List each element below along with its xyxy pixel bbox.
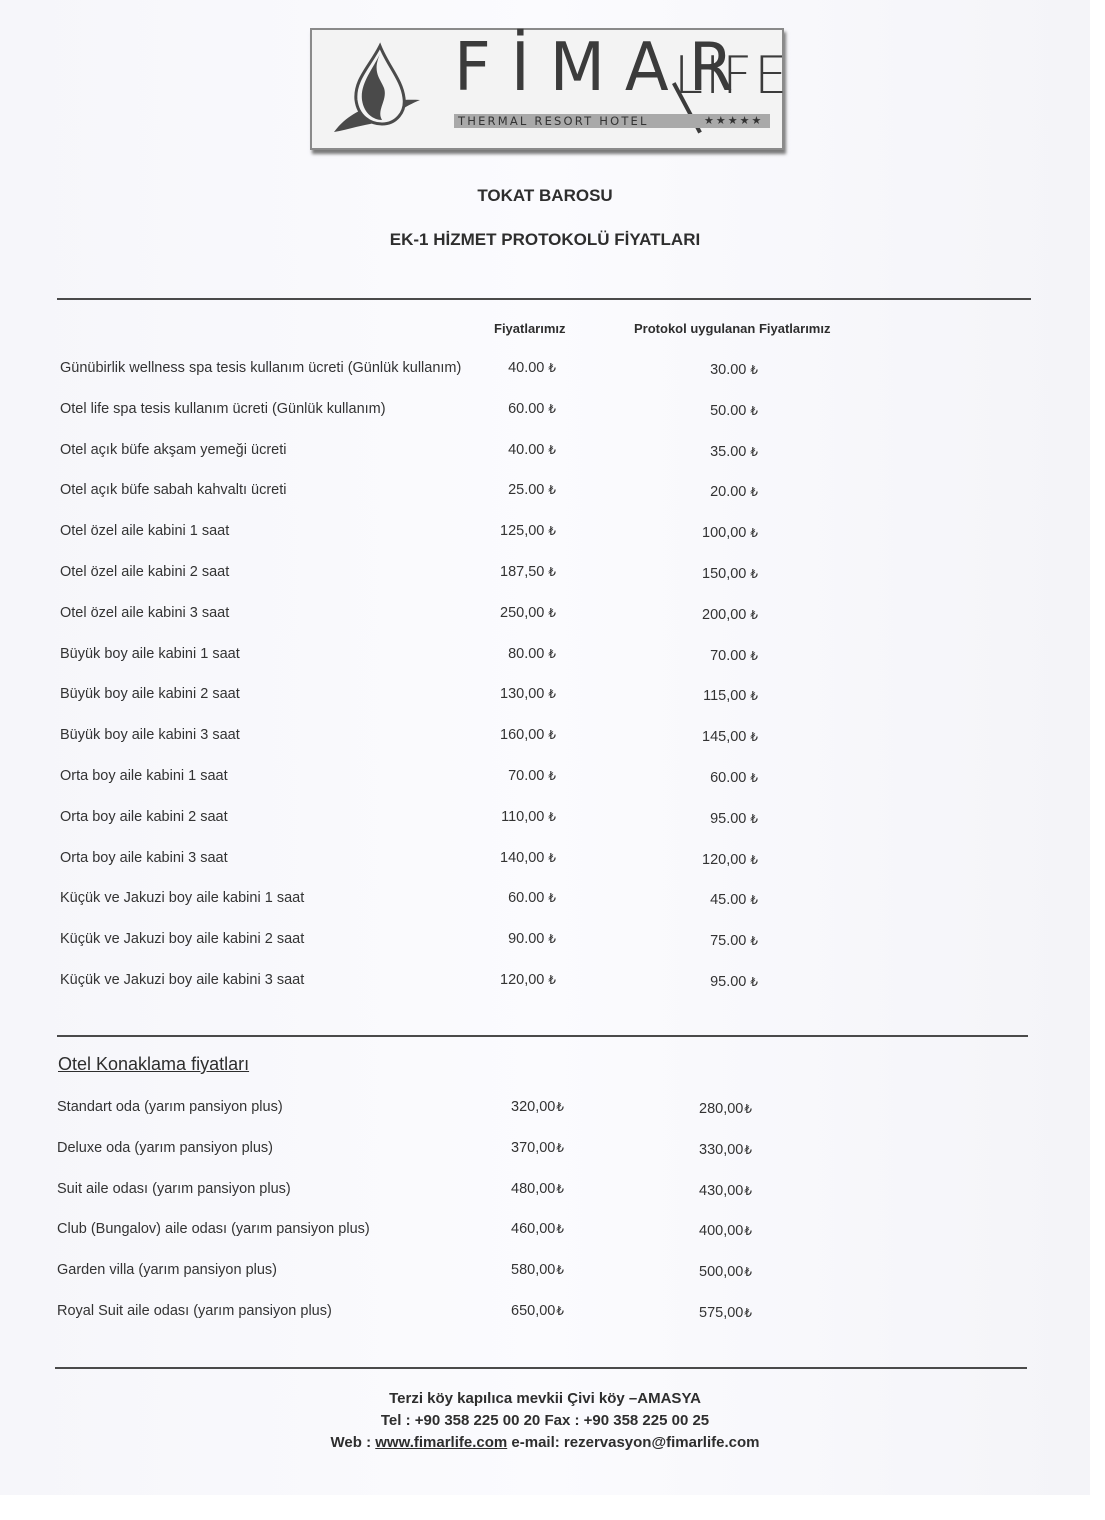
footer-web-label: Web :: [331, 1434, 376, 1451]
service-price: 25.00₺: [508, 482, 556, 498]
room-price: 480,00₺: [511, 1181, 564, 1197]
service-protocol-price: 145,00₺: [702, 729, 758, 745]
room-type-label: Royal Suit aile odası (yarım pansiyon pl…: [57, 1303, 332, 1319]
service-protocol-price: 95.00₺: [710, 974, 758, 990]
room-protocol-price: 575,00₺: [699, 1305, 752, 1321]
service-row: Küçük ve Jakuzi boy aile kabini 1 saat60…: [0, 890, 1090, 910]
lira-icon: ₺: [548, 687, 556, 701]
lira-icon: ₺: [750, 689, 758, 703]
accommodation-row: Deluxe oda (yarım pansiyon plus)370,00₺3…: [0, 1140, 1090, 1160]
service-protocol-price: 100,00₺: [702, 525, 758, 541]
service-row: Otel life spa tesis kullanım ücreti (Gün…: [0, 401, 1090, 421]
lira-icon: ₺: [744, 1184, 752, 1198]
document-title: TOKAT BAROSU: [0, 186, 1090, 206]
lira-icon: ₺: [750, 853, 758, 867]
service-price: 187,50₺: [500, 564, 556, 580]
service-price: 60.00₺: [508, 890, 556, 906]
service-row: Büyük boy aile kabini 2 saat130,00₺115,0…: [0, 686, 1090, 706]
lira-icon: ₺: [750, 812, 758, 826]
accommodation-row: Club (Bungalov) aile odası (yarım pansiy…: [0, 1221, 1090, 1241]
lira-icon: ₺: [548, 361, 556, 375]
service-price: 110,00₺: [501, 809, 556, 825]
footer-email: e-mail: rezervasyon@fimarlife.com: [507, 1434, 759, 1451]
service-row: Küçük ve Jakuzi boy aile kabini 2 saat90…: [0, 931, 1090, 951]
lira-icon: ₺: [750, 526, 758, 540]
room-protocol-price: 430,00₺: [699, 1183, 752, 1199]
service-row: Orta boy aile kabini 3 saat140,00₺120,00…: [0, 850, 1090, 870]
lira-icon: ₺: [548, 891, 556, 905]
service-protocol-price: 50.00₺: [710, 403, 758, 419]
service-label: Otel açık büfe akşam yemeği ücreti: [60, 442, 286, 458]
room-type-label: Deluxe oda (yarım pansiyon plus): [57, 1140, 273, 1156]
service-label: Küçük ve Jakuzi boy aile kabini 2 saat: [60, 931, 304, 947]
lira-icon: ₺: [750, 363, 758, 377]
service-price: 70.00₺: [508, 768, 556, 784]
lira-icon: ₺: [548, 565, 556, 579]
logo-brand-suffix: LIFE: [674, 50, 789, 102]
room-price: 320,00₺: [511, 1099, 564, 1115]
service-row: Otel açık büfe sabah kahvaltı ücreti25.0…: [0, 482, 1090, 502]
service-price: 250,00₺: [500, 605, 556, 621]
service-row: Otel özel aile kabini 2 saat187,50₺150,0…: [0, 564, 1090, 584]
document-page: FİMAR LIFE THERMAL RESORT HOTEL ★★★★★ TO…: [0, 0, 1090, 1495]
service-protocol-price: 35.00₺: [710, 444, 758, 460]
website-link[interactable]: www.fimarlife.com: [375, 1434, 507, 1451]
lira-icon: ₺: [750, 608, 758, 622]
lira-icon: ₺: [548, 524, 556, 538]
service-label: Otel life spa tesis kullanım ücreti (Gün…: [60, 401, 386, 417]
logo-subtitle: THERMAL RESORT HOTEL: [458, 114, 649, 128]
logo-stars: ★★★★★: [704, 114, 763, 128]
service-protocol-price: 20.00₺: [710, 484, 758, 500]
service-label: Orta boy aile kabini 1 saat: [60, 768, 228, 784]
service-label: Orta boy aile kabini 2 saat: [60, 809, 228, 825]
service-protocol-price: 70.00₺: [710, 648, 758, 664]
footer-web-email: Web : www.fimarlife.com e-mail: rezervas…: [0, 1434, 1090, 1451]
lira-icon: ₺: [750, 730, 758, 744]
service-label: Otel özel aile kabini 2 saat: [60, 564, 229, 580]
service-label: Otel özel aile kabini 3 saat: [60, 605, 229, 621]
service-price: 120,00₺: [500, 972, 556, 988]
service-label: Orta boy aile kabini 3 saat: [60, 850, 228, 866]
lira-icon: ₺: [548, 647, 556, 661]
lira-icon: ₺: [556, 1182, 564, 1196]
room-type-label: Garden villa (yarım pansiyon plus): [57, 1262, 277, 1278]
service-label: Otel özel aile kabini 1 saat: [60, 523, 229, 539]
column-header-price: Fiyatlarımız: [494, 321, 566, 336]
room-type-label: Standart oda (yarım pansiyon plus): [57, 1099, 283, 1115]
lira-icon: ₺: [556, 1222, 564, 1236]
lira-icon: ₺: [744, 1143, 752, 1157]
service-row: Orta boy aile kabini 2 saat110,00₺95.00₺: [0, 809, 1090, 829]
service-row: Küçük ve Jakuzi boy aile kabini 3 saat12…: [0, 972, 1090, 992]
lira-icon: ₺: [750, 485, 758, 499]
service-row: Otel özel aile kabini 1 saat125,00₺100,0…: [0, 523, 1090, 543]
column-header-protocol-price: Protokol uygulanan Fiyatlarımız: [634, 321, 830, 336]
room-price: 580,00₺: [511, 1262, 564, 1278]
service-price: 60.00₺: [508, 401, 556, 417]
lira-icon: ₺: [744, 1102, 752, 1116]
lira-icon: ₺: [750, 567, 758, 581]
service-label: Büyük boy aile kabini 2 saat: [60, 686, 240, 702]
lira-icon: ₺: [556, 1141, 564, 1155]
lira-icon: ₺: [548, 810, 556, 824]
service-row: Büyük boy aile kabini 3 saat160,00₺145,0…: [0, 727, 1090, 747]
lira-icon: ₺: [548, 851, 556, 865]
service-protocol-price: 200,00₺: [702, 607, 758, 623]
lira-icon: ₺: [750, 649, 758, 663]
scan-margin-right: [1090, 0, 1105, 1520]
room-protocol-price: 330,00₺: [699, 1142, 752, 1158]
accommodation-row: Garden villa (yarım pansiyon plus)580,00…: [0, 1262, 1090, 1282]
service-label: Büyük boy aile kabini 1 saat: [60, 646, 240, 662]
service-protocol-price: 95.00₺: [710, 811, 758, 827]
divider-top: [57, 298, 1031, 300]
service-label: Günübirlik wellness spa tesis kullanım ü…: [60, 360, 461, 376]
water-drop-leaf-icon: [330, 40, 430, 140]
accommodation-row: Suit aile odası (yarım pansiyon plus)480…: [0, 1181, 1090, 1201]
service-row: Otel açık büfe akşam yemeği ücreti40.00₺…: [0, 442, 1090, 462]
service-price: 160,00₺: [500, 727, 556, 743]
room-protocol-price: 400,00₺: [699, 1223, 752, 1239]
lira-icon: ₺: [548, 443, 556, 457]
lira-icon: ₺: [548, 483, 556, 497]
service-price: 90.00₺: [508, 931, 556, 947]
service-price: 140,00₺: [500, 850, 556, 866]
service-protocol-price: 30.00₺: [710, 362, 758, 378]
service-row: Orta boy aile kabini 1 saat70.00₺60.00₺: [0, 768, 1090, 788]
service-protocol-price: 75.00₺: [710, 933, 758, 949]
service-price: 40.00₺: [508, 360, 556, 376]
footer-address: Terzi köy kapılıca mevkii Çivi köy –AMAS…: [0, 1390, 1090, 1407]
service-label: Küçük ve Jakuzi boy aile kabini 3 saat: [60, 972, 304, 988]
room-price: 460,00₺: [511, 1221, 564, 1237]
room-price: 650,00₺: [511, 1303, 564, 1319]
lira-icon: ₺: [744, 1265, 752, 1279]
service-label: Otel açık büfe sabah kahvaltı ücreti: [60, 482, 287, 498]
scan-margin-bottom: [0, 1495, 1105, 1520]
lira-icon: ₺: [750, 404, 758, 418]
lira-icon: ₺: [750, 975, 758, 989]
service-price: 40.00₺: [508, 442, 556, 458]
service-label: Küçük ve Jakuzi boy aile kabini 1 saat: [60, 890, 304, 906]
lira-icon: ₺: [744, 1306, 752, 1320]
service-protocol-price: 60.00₺: [710, 770, 758, 786]
service-protocol-price: 45.00₺: [710, 892, 758, 908]
lira-icon: ₺: [548, 973, 556, 987]
room-protocol-price: 280,00₺: [699, 1101, 752, 1117]
room-protocol-price: 500,00₺: [699, 1264, 752, 1280]
lira-icon: ₺: [556, 1263, 564, 1277]
service-row: Günübirlik wellness spa tesis kullanım ü…: [0, 360, 1090, 380]
lira-icon: ₺: [750, 934, 758, 948]
service-protocol-price: 150,00₺: [702, 566, 758, 582]
service-protocol-price: 115,00₺: [703, 688, 758, 704]
hotel-logo: FİMAR LIFE THERMAL RESORT HOTEL ★★★★★: [310, 28, 784, 150]
accommodation-row: Royal Suit aile odası (yarım pansiyon pl…: [0, 1303, 1090, 1323]
divider-middle: [57, 1035, 1028, 1037]
lira-icon: ₺: [750, 893, 758, 907]
footer-phone-fax: Tel : +90 358 225 00 20 Fax : +90 358 22…: [0, 1412, 1090, 1429]
lira-icon: ₺: [548, 728, 556, 742]
lira-icon: ₺: [556, 1100, 564, 1114]
lira-icon: ₺: [548, 769, 556, 783]
lira-icon: ₺: [548, 402, 556, 416]
lira-icon: ₺: [750, 771, 758, 785]
room-type-label: Suit aile odası (yarım pansiyon plus): [57, 1181, 291, 1197]
service-row: Büyük boy aile kabini 1 saat80.00₺70.00₺: [0, 646, 1090, 666]
service-row: Otel özel aile kabini 3 saat250,00₺200,0…: [0, 605, 1090, 625]
service-label: Büyük boy aile kabini 3 saat: [60, 727, 240, 743]
service-protocol-price: 120,00₺: [702, 852, 758, 868]
lira-icon: ₺: [744, 1224, 752, 1238]
service-price: 130,00₺: [500, 686, 556, 702]
lira-icon: ₺: [556, 1304, 564, 1318]
accommodation-row: Standart oda (yarım pansiyon plus)320,00…: [0, 1099, 1090, 1119]
service-price: 80.00₺: [508, 646, 556, 662]
room-type-label: Club (Bungalov) aile odası (yarım pansiy…: [57, 1221, 370, 1237]
lira-icon: ₺: [750, 445, 758, 459]
lira-icon: ₺: [548, 606, 556, 620]
lira-icon: ₺: [548, 932, 556, 946]
service-price: 125,00₺: [500, 523, 556, 539]
document-subtitle: EK-1 HİZMET PROTOKOLÜ FİYATLARI: [0, 230, 1090, 250]
divider-bottom: [55, 1367, 1027, 1369]
room-price: 370,00₺: [511, 1140, 564, 1156]
accommodation-section-title: Otel Konaklama fiyatları: [58, 1054, 249, 1075]
